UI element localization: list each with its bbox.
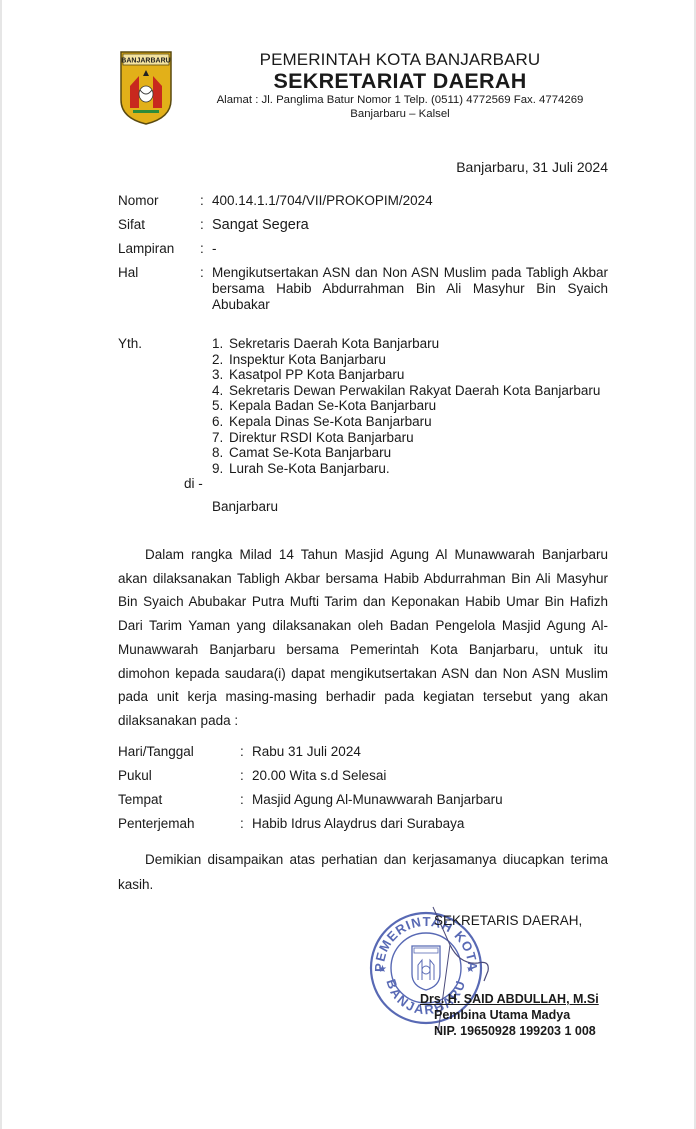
- meta-value: Sangat Segera: [212, 217, 608, 233]
- event-row-date: Hari/Tanggal:Rabu 31 Juli 2024: [118, 743, 503, 767]
- meta-colon: :: [200, 193, 212, 209]
- office-city: Banjarbaru – Kalsel: [190, 107, 610, 121]
- signatory-nip: NIP. 19650928 199203 1 008: [434, 1024, 596, 1038]
- city-emblem-icon: BANJARBARU: [119, 50, 173, 126]
- event-row-translator: Penterjemah:Habib Idrus Alaydrus dari Su…: [118, 815, 503, 839]
- office-address: Alamat : Jl. Panglima Batur Nomor 1 Telp…: [190, 93, 610, 107]
- event-row-time: Pukul:20.00 Wita s.d Selesai: [118, 767, 503, 791]
- list-item: 6.Kepala Dinas Se-Kota Banjarbaru: [212, 414, 600, 430]
- letterhead: PEMERINTAH KOTA BANJARBARU SEKRETARIAT D…: [190, 50, 610, 121]
- meta-key: Nomor: [118, 193, 200, 209]
- list-item: 2.Inspektur Kota Banjarbaru: [212, 352, 600, 368]
- list-item: 9.Lurah Se-Kota Banjarbaru.: [212, 461, 600, 477]
- closing-paragraph: Demikian disampaikan atas perhatian dan …: [118, 847, 608, 897]
- meta-key: Hal: [118, 265, 200, 313]
- page-edge-left: [0, 0, 2, 1129]
- svg-text:★: ★: [378, 964, 387, 975]
- list-item: 1.Sekretaris Daerah Kota Banjarbaru: [212, 336, 600, 352]
- letter-meta: Nomor : 400.14.1.1/704/VII/PROKOPIM/2024…: [118, 193, 608, 321]
- meta-row-nomor: Nomor : 400.14.1.1/704/VII/PROKOPIM/2024: [118, 193, 608, 209]
- list-item: 5.Kepala Badan Se-Kota Banjarbaru: [212, 398, 600, 414]
- meta-key: Sifat: [118, 217, 200, 233]
- event-row-place: Tempat:Masjid Agung Al-Munawwarah Banjar…: [118, 791, 503, 815]
- list-item: 3.Kasatpol PP Kota Banjarbaru: [212, 367, 600, 383]
- body-paragraph: Dalam rangka Milad 14 Tahun Masjid Agung…: [118, 543, 608, 733]
- meta-colon: :: [200, 265, 212, 313]
- svg-text:BANJARBARU: BANJARBARU: [121, 58, 170, 65]
- meta-row-lampiran: Lampiran : -: [118, 241, 608, 257]
- addressee-di: di -: [184, 476, 203, 491]
- addressee-place: Banjarbaru: [212, 499, 278, 514]
- meta-value: 400.14.1.1/704/VII/PROKOPIM/2024: [212, 193, 608, 209]
- list-item: 7.Direktur RSDI Kota Banjarbaru: [212, 430, 600, 446]
- letter-date: Banjarbaru, 31 Juli 2024: [456, 159, 608, 175]
- event-details: Hari/Tanggal:Rabu 31 Juli 2024 Pukul:20.…: [118, 743, 503, 839]
- office-name: SEKRETARIAT DAERAH: [190, 70, 610, 93]
- signatory-title: SEKRETARIS DAERAH,: [434, 913, 582, 928]
- recipient-list: 1.Sekretaris Daerah Kota Banjarbaru 2.In…: [212, 336, 600, 476]
- meta-value: Mengikutsertakan ASN dan Non ASN Muslim …: [212, 265, 608, 313]
- meta-colon: :: [200, 217, 212, 233]
- signatory-rank: Pembina Utama Madya: [434, 1008, 570, 1022]
- meta-value: -: [212, 241, 608, 257]
- addressee-label: Yth.: [118, 336, 142, 351]
- list-item: 4.Sekretaris Dewan Perwakilan Rakyat Dae…: [212, 383, 600, 399]
- meta-row-sifat: Sifat : Sangat Segera: [118, 217, 608, 233]
- meta-row-hal: Hal : Mengikutsertakan ASN dan Non ASN M…: [118, 265, 608, 313]
- list-item: 8.Camat Se-Kota Banjarbaru: [212, 445, 600, 461]
- meta-key: Lampiran: [118, 241, 200, 257]
- signatory-name: Drs. H. SAID ABDULLAH, M.Si: [420, 992, 599, 1006]
- meta-colon: :: [200, 241, 212, 257]
- government-name: PEMERINTAH KOTA BANJARBARU: [190, 50, 610, 70]
